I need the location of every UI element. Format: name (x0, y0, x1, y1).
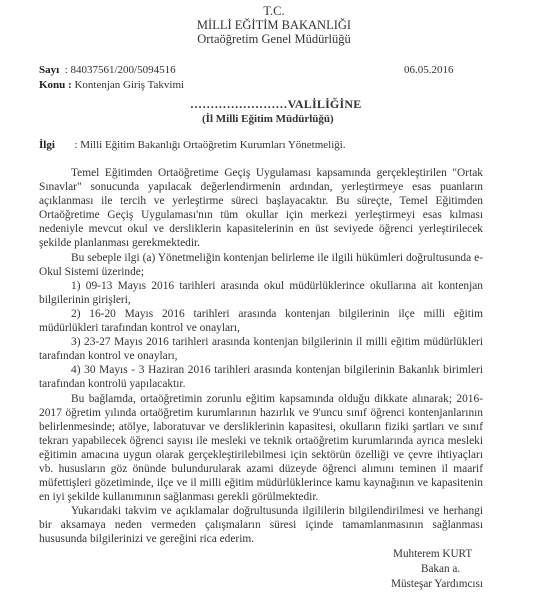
signatory-title-1: Bakan a. (421, 562, 460, 577)
paragraph-closing: Yukarıdaki takvim ve açıklamalar doğrult… (39, 504, 483, 546)
paragraph-step-3: 3) 23-27 Mayıs 2016 tarihleri arasında k… (39, 335, 483, 363)
konu-value: Kontenjan Giriş Takvimi (74, 79, 184, 91)
paragraph-intro: Temel Eğitimden Ortaöğretime Geçiş Uygul… (39, 166, 483, 251)
ilgi-label: İlgi (39, 139, 55, 151)
ilgi-line: İlgi : Milli Eğitim Bakanlığı Ortaöğreti… (39, 139, 346, 152)
letter-body: Temel Eğitimden Ortaöğretime Geçiş Uygul… (39, 166, 483, 547)
header-ministry: MİLLİ EĞİTİM BAKANLIĞI (0, 18, 548, 32)
konu-line: Konu : Kontenjan Giriş Takvimi (39, 79, 184, 92)
header-directorate: Ortaöğretim Genel Müdürlüğü (0, 32, 548, 46)
paragraph-basis: Bu sebeple ilgi (a) Yönetmeliğin kontenj… (39, 251, 483, 279)
sayi-label: Sayı (39, 64, 59, 76)
sayi-line: Sayı : 84037561/200/5094516 (39, 64, 176, 77)
signatory-name: Muhterem KURT (393, 547, 472, 562)
paragraph-step-4: 4) 30 Mayıs - 3 Haziran 2016 tarihleri a… (39, 363, 483, 391)
sayi-value: : 84037561/200/5094516 (65, 64, 176, 76)
paragraph-context: Bu bağlamda, ortaöğretimin zorunlu eğiti… (39, 392, 483, 505)
addressee-directorate: (İl Milli Eğitim Müdürlüğü) (202, 113, 334, 125)
paragraph-step-2: 2) 16-20 Mayıs 2016 tarihleri arasında k… (39, 307, 483, 335)
paragraph-step-1: 1) 09-13 Mayıs 2016 tarihleri arasında o… (39, 279, 483, 307)
document-date: 06.05.2016 (404, 64, 454, 77)
konu-label: Konu : (39, 79, 72, 91)
header-tc: T.C. (0, 4, 548, 18)
signatory-title-2: Müsteşar Yardımcısı (391, 577, 483, 592)
ilgi-value: : Milli Eğitim Bakanlığı Ortaöğretim Kur… (74, 139, 345, 151)
addressee-governorship: ……………………VALİLİĞİNE (190, 97, 361, 112)
